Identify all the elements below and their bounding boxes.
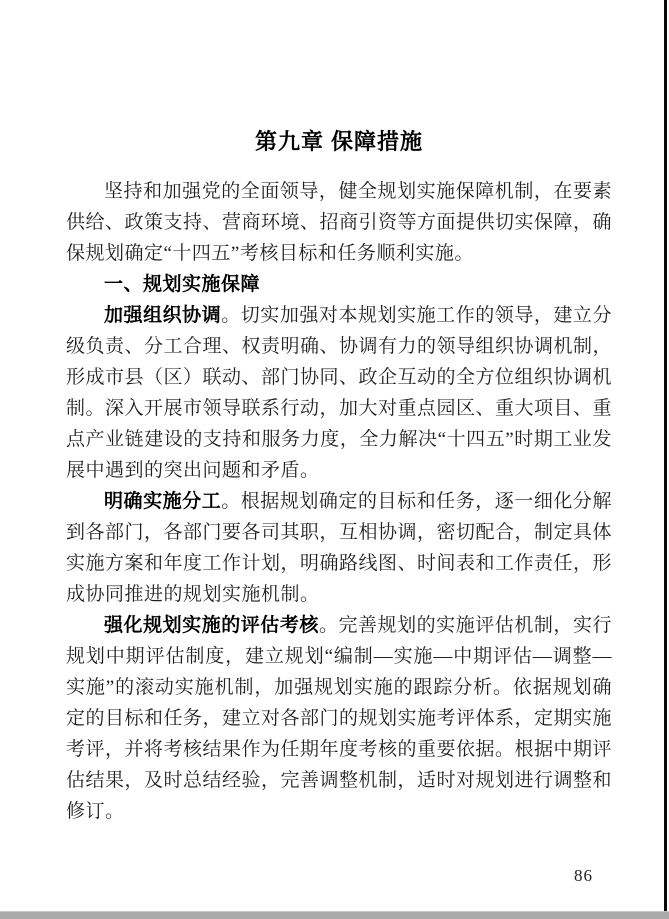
paragraph-intro-text: 坚持和加强党的全面领导，健全规划实施保障机制，在要素供给、政策支持、营商环境、招… xyxy=(66,181,612,264)
paragraph-lead-implementation-division: 明确实施分工 xyxy=(104,491,221,512)
paragraph-organization-coordination: 加强组织协调。切实加强对本规划实施工作的领导，建立分级负责、分工合理、权责明确、… xyxy=(66,300,612,486)
paragraph-evaluation-assessment: 强化规划实施的评估考核。完善规划的实施评估机制，实行规划中期评估制度，建立规划“… xyxy=(66,610,612,827)
paragraph-intro: 坚持和加强党的全面领导，健全规划实施保障机制，在要素供给、政策支持、营商环境、招… xyxy=(66,176,612,269)
paragraph-lead-evaluation-assessment: 强化规划实施的评估考核 xyxy=(104,615,319,636)
paragraph-text-organization-coordination: 。切实加强对本规划实施工作的领导，建立分级负责、分工合理、权责明确、协调有力的领… xyxy=(66,305,612,481)
paragraph-implementation-division: 明确实施分工。根据规划确定的目标和任务，逐一细化分解到各部门，各部门要各司其职，… xyxy=(66,486,612,610)
paragraph-text-evaluation-assessment: 。完善规划的实施评估机制，实行规划中期评估制度，建立规划“编制—实施—中期评估—… xyxy=(66,615,612,822)
scan-artifact-right-edge xyxy=(664,0,667,912)
page-number: 86 xyxy=(574,866,593,886)
paragraph-lead-organization-coordination: 加强组织协调 xyxy=(104,305,221,326)
chapter-title: 第九章 保障措施 xyxy=(66,127,612,157)
scan-artifact-bottom-strip xyxy=(0,911,669,919)
page-content: 第九章 保障措施 坚持和加强党的全面领导，健全规划实施保障机制，在要素供给、政策… xyxy=(66,0,612,827)
document-page: 第九章 保障措施 坚持和加强党的全面领导，健全规划实施保障机制，在要素供给、政策… xyxy=(0,0,669,919)
section-heading-1: 一、规划实施保障 xyxy=(66,269,612,300)
